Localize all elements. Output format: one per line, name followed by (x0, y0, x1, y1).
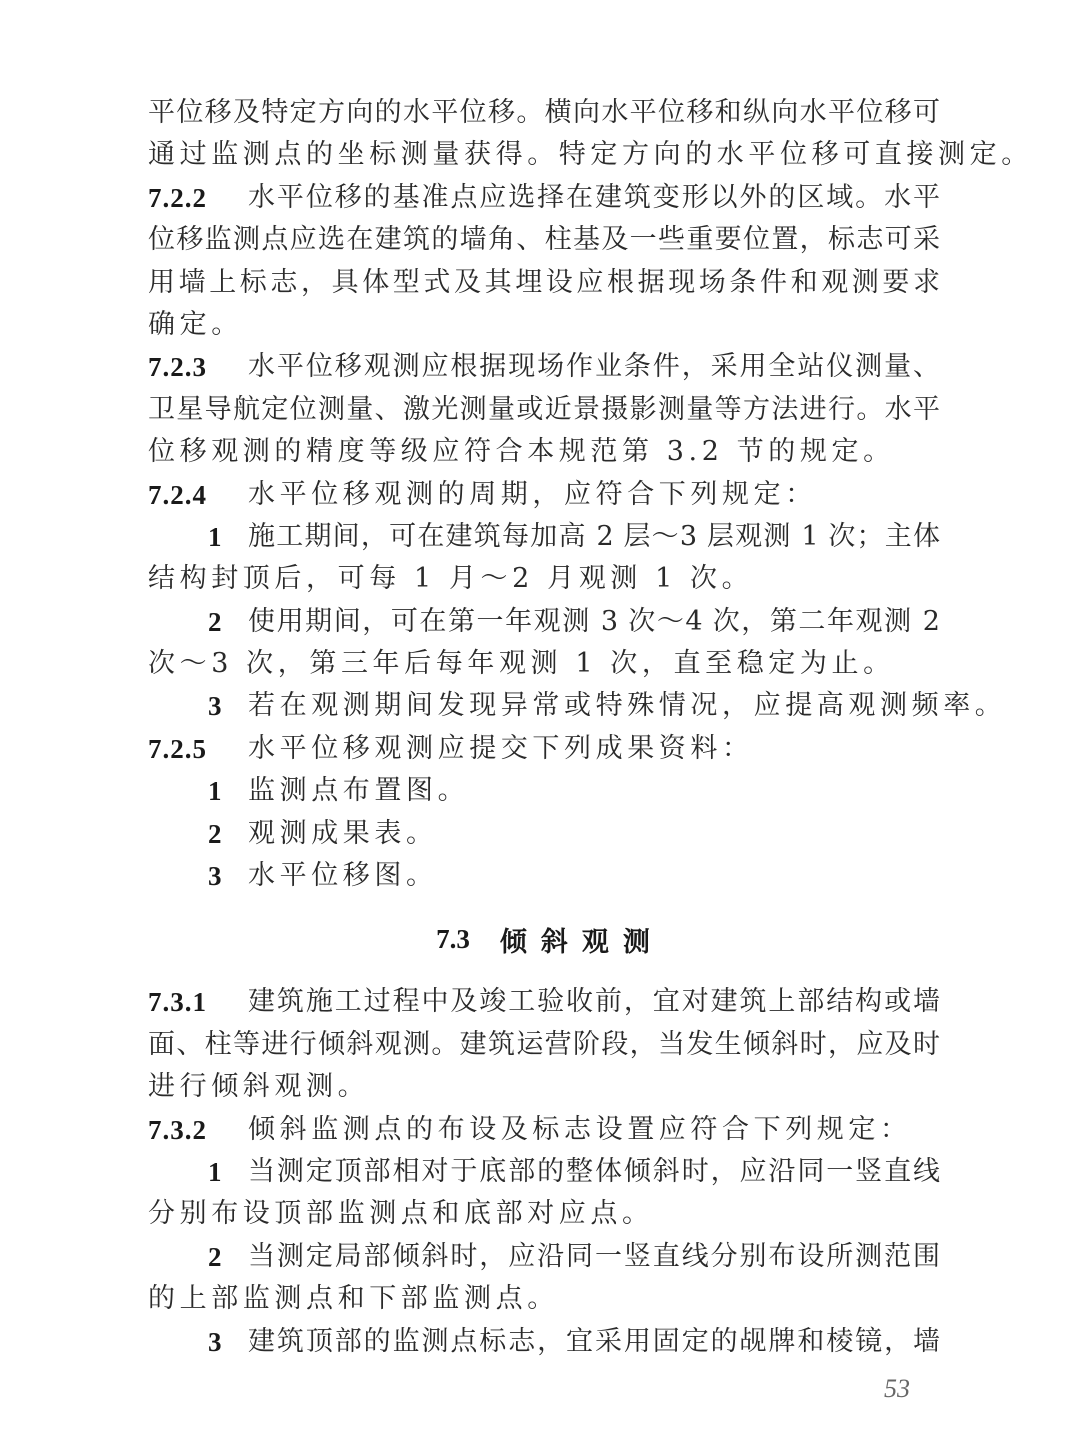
paragraph-text: 通过监测点的坐标测量获得。特定方向的水平位移可直接测定。 (148, 134, 1033, 176)
item-number: 3 (148, 855, 248, 897)
list-item: 3 水平位移图。 (148, 855, 940, 897)
paragraph-text: 平位移及特定方向的水平位移。横向水平位移和纵向水平位移可 (148, 92, 940, 134)
item-text: 观测成果表。 (248, 813, 940, 855)
clause-number: 7.3.1 (148, 981, 248, 1023)
page-number: 53 (884, 1374, 910, 1404)
text-line: 卫星导航定位测量、激光测量或近景摄影测量等方法进行。水平 (148, 389, 940, 431)
clause-7-2-3: 7.2.3 水平位移观测应根据现场作业条件，采用全站仪测量、 (148, 346, 940, 388)
text-line: 平位移及特定方向的水平位移。横向水平位移和纵向水平位移可 (148, 92, 940, 134)
text-line: 位移监测点应选在建筑的墙角、柱基及一些重要位置，标志可采 (148, 219, 940, 261)
clause-number: 7.2.3 (148, 346, 248, 388)
section-title: 倾斜观测 (500, 920, 664, 959)
item-text: 若在观测期间发现异常或特殊情况，应提高观测频率。 (248, 685, 1006, 727)
item-text: 施工期间，可在建筑每加高 2 层～3 层观测 1 次；主体 (248, 516, 940, 558)
clause-text: 水平位移观测的周期，应符合下列规定： (248, 474, 940, 516)
clause-text: 水平位移的基准点应选择在建筑变形以外的区域。水平 (248, 177, 940, 219)
clause-text: 倾斜监测点的布设及标志设置应符合下列规定： (248, 1109, 940, 1151)
item-text: 监测点布置图。 (248, 770, 940, 812)
clause-7-2-5: 7.2.5 水平位移观测应提交下列成果资料： (148, 728, 940, 770)
text-line: 确定。 (148, 304, 940, 346)
clause-text: 位移观测的精度等级应符合本规范第 3.2 节的规定。 (148, 431, 940, 473)
clause-text: 水平位移观测应根据现场作业条件，采用全站仪测量、 (248, 346, 940, 388)
clause-7-2-4: 7.2.4 水平位移观测的周期，应符合下列规定： (148, 474, 940, 516)
clause-text: 面、柱等进行倾斜观测。建筑运营阶段，当发生倾斜时，应及时 (148, 1024, 940, 1066)
list-item: 3 建筑顶部的监测点标志，宜采用固定的觇牌和棱镜，墙 (148, 1321, 940, 1363)
item-number: 1 (148, 516, 248, 558)
clause-number: 7.2.5 (148, 728, 248, 770)
text-line: 分别布设顶部监测点和底部对应点。 (148, 1193, 940, 1235)
clause-number: 7.2.2 (148, 177, 248, 219)
clause-text: 确定。 (148, 304, 940, 346)
clause-number: 7.3.2 (148, 1109, 248, 1151)
clause-text: 进行倾斜观测。 (148, 1066, 940, 1108)
list-item: 2 当测定局部倾斜时，应沿同一竖直线分别布设所测范围 (148, 1236, 940, 1278)
item-number: 2 (148, 601, 248, 643)
clause-text: 卫星导航定位测量、激光测量或近景摄影测量等方法进行。水平 (148, 389, 940, 431)
item-number: 3 (148, 1321, 248, 1363)
list-item: 3 若在观测期间发现异常或特殊情况，应提高观测频率。 (148, 685, 940, 727)
item-number: 1 (148, 1151, 248, 1193)
text-line: 位移观测的精度等级应符合本规范第 3.2 节的规定。 (148, 431, 940, 473)
text-line: 面、柱等进行倾斜观测。建筑运营阶段，当发生倾斜时，应及时 (148, 1024, 940, 1066)
item-number: 2 (148, 1236, 248, 1278)
item-text: 结构封顶后，可每 1 月～2 月观测 1 次。 (148, 558, 940, 600)
item-text: 次～3 次，第三年后每年观测 1 次，直至稳定为止。 (148, 643, 940, 685)
item-text: 分别布设顶部监测点和底部对应点。 (148, 1193, 940, 1235)
section-number: 7.3 (436, 924, 470, 955)
clause-7-2-2: 7.2.2 水平位移的基准点应选择在建筑变形以外的区域。水平 (148, 177, 940, 219)
list-item: 1 施工期间，可在建筑每加高 2 层～3 层观测 1 次；主体 (148, 516, 940, 558)
clause-text: 建筑施工过程中及竣工验收前，宜对建筑上部结构或墙 (248, 981, 940, 1023)
item-text: 水平位移图。 (248, 855, 940, 897)
clause-text: 用墙上标志，具体型式及其埋设应根据现场条件和观测要求 (148, 262, 940, 304)
item-number: 3 (148, 685, 248, 727)
item-text: 使用期间，可在第一年观测 3 次～4 次，第二年观测 2 (248, 601, 940, 643)
item-number: 1 (148, 770, 248, 812)
clause-7-3-2: 7.3.2 倾斜监测点的布设及标志设置应符合下列规定： (148, 1109, 940, 1151)
item-text: 当测定顶部相对于底部的整体倾斜时，应沿同一竖直线 (248, 1151, 940, 1193)
section-heading: 7.3 倾斜观测 (148, 897, 940, 981)
text-line: 进行倾斜观测。 (148, 1066, 940, 1108)
text-line: 次～3 次，第三年后每年观测 1 次，直至稳定为止。 (148, 643, 940, 685)
item-text: 建筑顶部的监测点标志，宜采用固定的觇牌和棱镜，墙 (248, 1321, 940, 1363)
text-line: 的上部监测点和下部监测点。 (148, 1278, 940, 1320)
list-item: 2 观测成果表。 (148, 813, 940, 855)
document-page: 平位移及特定方向的水平位移。横向水平位移和纵向水平位移可 通过监测点的坐标测量获… (148, 92, 940, 1363)
clause-7-3-1: 7.3.1 建筑施工过程中及竣工验收前，宜对建筑上部结构或墙 (148, 981, 940, 1023)
clause-text: 位移监测点应选在建筑的墙角、柱基及一些重要位置，标志可采 (148, 219, 940, 261)
item-text: 当测定局部倾斜时，应沿同一竖直线分别布设所测范围 (248, 1236, 940, 1278)
item-number: 2 (148, 813, 248, 855)
list-item: 2 使用期间，可在第一年观测 3 次～4 次，第二年观测 2 (148, 601, 940, 643)
text-line: 通过监测点的坐标测量获得。特定方向的水平位移可直接测定。 (148, 134, 940, 176)
list-item: 1 监测点布置图。 (148, 770, 940, 812)
clause-text: 水平位移观测应提交下列成果资料： (248, 728, 940, 770)
text-line: 用墙上标志，具体型式及其埋设应根据现场条件和观测要求 (148, 262, 940, 304)
clause-number: 7.2.4 (148, 474, 248, 516)
list-item: 1 当测定顶部相对于底部的整体倾斜时，应沿同一竖直线 (148, 1151, 940, 1193)
item-text: 的上部监测点和下部监测点。 (148, 1278, 940, 1320)
text-line: 结构封顶后，可每 1 月～2 月观测 1 次。 (148, 558, 940, 600)
